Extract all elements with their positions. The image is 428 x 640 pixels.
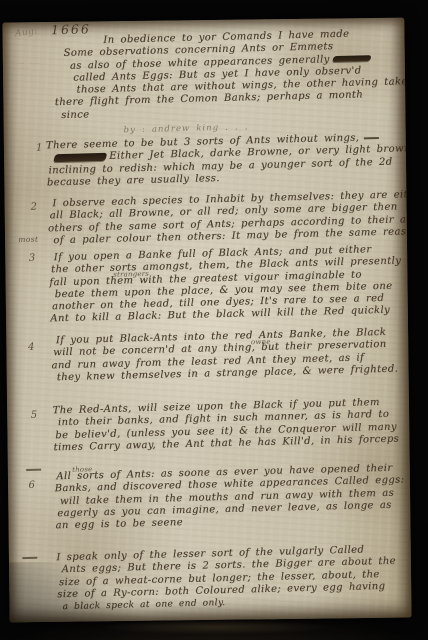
crossed-out-word [332,55,372,62]
paragraph-7: I speak only of the lesser sort of the v… [58,543,409,613]
margin-number: 5 [31,410,38,422]
interline-insertion: strangers [113,268,149,281]
photo-background: Aug: 1666 -·· ··-· ··-·· In obedience to… [0,0,428,640]
handwriting-layer: Aug: 1666 -·· ··-· ··-·· In obedience to… [2,18,411,623]
paragraph-2: 2mostI observe each species to Inhabit b… [49,189,400,247]
manuscript-line-text: an egg is to be seene [55,517,183,531]
heading-block: In obedience to yor Comands I have made … [2,27,401,123]
paragraph-3: 3strangersIf you open a Banke full of Bl… [51,243,403,326]
manuscript-page: Aug: 1666 -·· ··-· ··-·· In obedience to… [2,18,411,623]
paragraph-1: 1There seeme to be but 3 sorts of Ants w… [48,131,399,189]
margin-insertion: most [18,234,38,247]
margin-number: 3 [29,253,36,265]
interline-insertion: those [72,463,93,476]
crossed-out-word [53,153,107,162]
paragraph-5: 5The Red-Ants, will seize upon the Black… [55,396,406,454]
screenshot-root: { "meta": { "month": "Aug:", "year": "16… [0,0,428,640]
margin-dash [22,557,37,559]
margin-number: 2 [30,202,37,214]
margin-dash [26,469,41,471]
margin-number: 4 [28,342,35,354]
author-signature: by : andrew king . . . [123,121,248,136]
table-surface-glow [70,620,360,638]
paragraph-6: 6thoseAll sorts of Ants: as soone as eve… [56,462,407,532]
manuscript-line-text: a black speck at one end only. [63,598,226,612]
margin-number: 6 [28,480,35,492]
paragraphs: 1There seeme to be but 3 sorts of Ants w… [45,18,395,22]
margin-number: 1 [36,142,43,154]
trailing-scratch-mark [363,136,378,138]
interline-insertion: owne [251,336,271,349]
dateline: Aug: 1666 [13,22,133,25]
paragraph-4: 4owneIf you put Black-Ants into the red … [53,326,404,384]
